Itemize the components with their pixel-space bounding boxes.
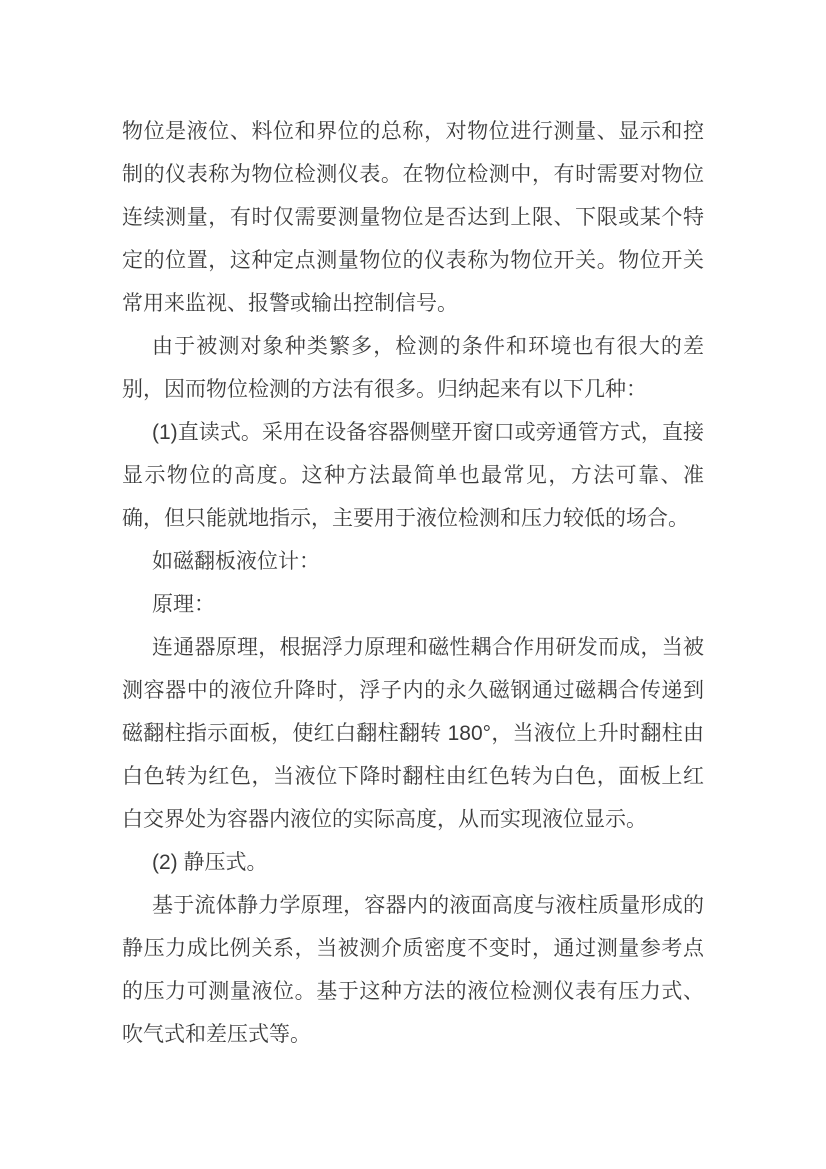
paragraph-method-2-detail: 基于流体静力学原理，容器内的液面高度与液柱质量形成的静压力成比例关系，当被测介质… xyxy=(122,884,704,1056)
document-page: 物位是液位、料位和界位的总称，对物位进行测量、显示和控制的仪表称为物位检测仪表。… xyxy=(0,0,826,1169)
paragraph-method-2-hydrostatic: (2) 静压式。 xyxy=(122,841,704,884)
paragraph-principle-label: 原理： xyxy=(122,583,704,626)
paragraph-overview: 由于被测对象种类繁多，检测的条件和环境也有很大的差别，因而物位检测的方法有很多。… xyxy=(122,325,704,411)
document-body: 物位是液位、料位和界位的总称，对物位进行测量、显示和控制的仪表称为物位检测仪表。… xyxy=(122,110,704,1056)
paragraph-intro: 物位是液位、料位和界位的总称，对物位进行测量、显示和控制的仪表称为物位检测仪表。… xyxy=(122,110,704,325)
paragraph-example-magnetic-flap-gauge: 如磁翻板液位计： xyxy=(122,540,704,583)
paragraph-principle-detail: 连通器原理，根据浮力原理和磁性耦合作用研发而成，当被测容器中的液位升降时，浮子内… xyxy=(122,626,704,841)
paragraph-method-1-direct-reading: (1)直读式。采用在设备容器侧壁开窗口或旁通管方式，直接显示物位的高度。这种方法… xyxy=(122,411,704,540)
